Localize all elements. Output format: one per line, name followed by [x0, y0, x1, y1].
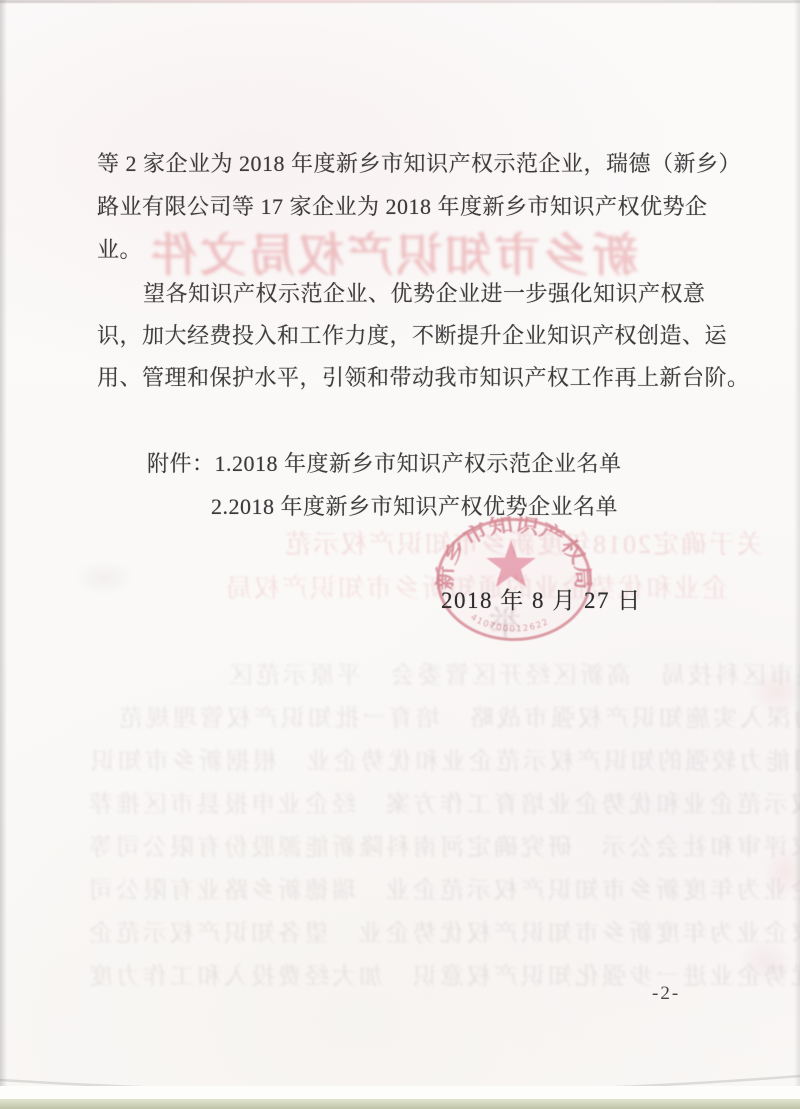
- bleed-through-line: 专家评审和社会公示 研究确定河南科隆新能源股份有限公司等: [86, 827, 800, 862]
- body-text-line: 望各知识产权示范企业、优势企业进一步强化知识产权意: [143, 277, 706, 308]
- scan-right-edge-shadow: [794, 0, 800, 1109]
- official-seal: 新乡市知识产权局 410700012622: [433, 516, 595, 643]
- bleed-through-line: 等家企业为年度新乡市知识产权优势企业 望各知识产权示范企: [86, 913, 800, 948]
- seal-border-ellipse: [438, 520, 590, 640]
- document-date: 2018 年 8 月 27 日: [441, 582, 642, 615]
- bleed-through-line: 为深入实施知识产权强市战略 培育一批知识产权管理规范: [116, 698, 800, 733]
- scan-bottom-gap: [0, 1086, 800, 1099]
- bleed-through-line: 业优势企业进一步强化知识产权意识 加大经费投入和工作力度: [86, 956, 800, 991]
- bleed-through-line: 家企业为年度新乡市知识产权示范企业 瑞德新乡路业有限公司: [86, 870, 800, 905]
- body-text-line: 业。: [97, 233, 142, 264]
- page-number: -2-: [652, 983, 680, 1005]
- body-text-line: 识，加大经费投入和工作力度，不断提升企业知识产权创造、运: [97, 319, 727, 350]
- body-text-line: 等 2 家企业为 2018 年度新乡市知识产权示范企业，瑞德（新乡）: [97, 147, 741, 178]
- body-text-line: 路业有限公司等 17 家企业为 2018 年度新乡市知识产权优势企: [97, 190, 708, 221]
- body-text-line: 附件：1.2018 年度新乡市知识产权示范企业名单: [147, 447, 622, 478]
- bleed-through-line: 运用能力较强的知识产权示范企业和优势企业 根据新乡市知识: [88, 741, 800, 776]
- scan-top-edge-artifact: [0, 0, 800, 3]
- bleed-through-title: 新乡市知识产权局文件: [148, 219, 638, 285]
- scanned-document-page: 新乡市知识产权局文件关于确定2018年度新乡市知识产权示范企业和优势企业的通知新…: [0, 0, 800, 1109]
- scan-noise-blob: [74, 560, 134, 596]
- bleed-through-line: 各县市区科技局 高新区经开区管委会 平原示范区: [226, 655, 800, 690]
- body-text-line: 用、管理和保护水平，引领和带动我市知识产权工作再上新台阶。: [97, 361, 750, 392]
- scanner-bed-band: [0, 1099, 800, 1109]
- scan-left-edge-shadow: [0, 0, 7, 1109]
- bleed-through-line: 产权示范企业和优势企业培育工作方案 经企业申报县市区推荐: [86, 784, 800, 819]
